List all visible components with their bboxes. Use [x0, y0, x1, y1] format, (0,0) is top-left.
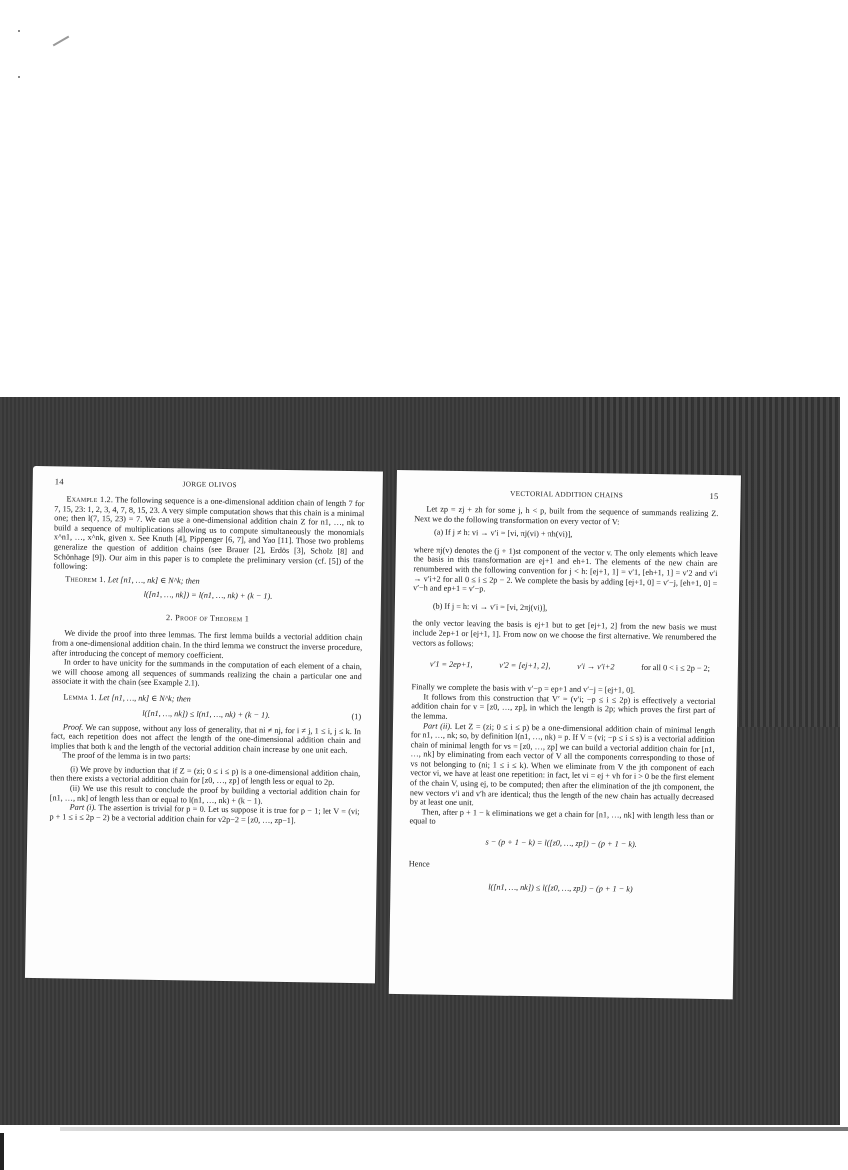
renumber-c: v′i → v′i+2: [577, 662, 614, 672]
theorem-text: Let [n1, …, nk] ∈ N^k; then: [108, 575, 200, 585]
renumber-d: for all 0 < i ≤ 2p − 2;: [641, 663, 710, 673]
lemma-text: Let [n1, …, nk] ∈ N^k; then: [99, 693, 191, 703]
lemma-formula-text: l([n1, …, nk]) ≤ l(n1, …, nk) + (k − 1).: [142, 708, 270, 719]
part-ii-paragraph: Part (ii). Let Z = (zi; 0 ≤ i ≤ p) be a …: [410, 721, 715, 812]
part-ii-label: Part (ii).: [423, 721, 452, 730]
right-running-head: 00 VECTORIAL ADDITION CHAINS 15: [415, 486, 719, 501]
renumber-a: v′1 = 2ep+1,: [430, 660, 473, 670]
theorem-statement: Theorem 1. Let [n1, …, nk] ∈ N^k; then: [53, 574, 363, 588]
renumber-b: v′2 = [ej+1, 2],: [499, 661, 550, 671]
scan-speck: [18, 76, 20, 78]
part-ii-text: Let Z = (zi; 0 ≤ i ≤ p) be a one-dimensi…: [410, 721, 715, 807]
case-a: (a) If j ≠ h: vi → v′i = [vi, πj(vi) + π…: [414, 527, 718, 541]
lemma-label: Lemma 1.: [63, 692, 97, 702]
page-number: 14: [55, 476, 64, 486]
example-paragraph: Example 1.2. The following sequence is a…: [53, 494, 364, 576]
theorem-formula: l([n1, …, nk]) = l(n1, …, nk) + (k − 1).: [53, 589, 363, 603]
proof-label: Proof.: [63, 722, 84, 731]
left-running-head: 14 JORGE OLIVOS 00: [55, 476, 365, 491]
case-b: (b) If j = h: vi → v′i = [vi, 2πj(vi)],: [413, 601, 717, 615]
part-i-text: The assertion is trivial for p = 0. Let …: [49, 803, 359, 825]
equation-number: (1): [351, 712, 361, 721]
running-head-title: VECTORIAL ADDITION CHAINS: [424, 488, 710, 500]
formula-2: l([n1, …, nk]) ≤ l([z0, …, zp]) − (p + 1…: [408, 881, 712, 895]
section-title: 2. Proof of Theorem 1: [53, 612, 363, 626]
proof-text: We can suppose, without any loss of gene…: [51, 722, 361, 754]
example-text: The following sequence is a one-dimensio…: [53, 495, 364, 571]
case-b-paragraph: the only vector leaving the basis is ej+…: [412, 619, 716, 653]
formula-1: s − (p + 1 − k) = l([z0, …, zp]) − (p + …: [409, 836, 713, 850]
part-i-paragraph: Part (i). The assertion is trivial for p…: [49, 803, 359, 827]
right-page: 00 VECTORIAL ADDITION CHAINS 15 Let zp =…: [389, 470, 741, 999]
running-head-author: JORGE OLIVOS: [64, 478, 356, 491]
intro-paragraph: Let zp = zj + zh for some j, h < p, buil…: [414, 504, 718, 528]
lemma-formula: l([n1, …, nk]) ≤ l(n1, …, nk) + (k − 1).…: [51, 707, 361, 721]
page-number: 15: [709, 491, 718, 501]
body-paragraph: In order to have unicity for the summand…: [52, 657, 362, 691]
stray-pen-mark: [53, 36, 70, 47]
hence-text: Hence: [409, 859, 713, 873]
then-paragraph: Then, after p + 1 − k eliminations we ge…: [409, 807, 713, 831]
part-i-label: Part (i).: [70, 803, 97, 812]
page-edge-shadow: [60, 1127, 848, 1131]
where-paragraph: where πj(v) denotes the (j + 1)st compon…: [413, 545, 718, 598]
bottom-margin: [0, 1133, 848, 1170]
example-label: Example 1.2.: [66, 495, 113, 505]
renumber-formula: v′1 = 2ep+1, v′2 = [ej+1, 2], v′i → v′i+…: [430, 660, 710, 673]
scan-speck: [18, 30, 20, 32]
left-page: 14 JORGE OLIVOS 00 Example 1.2. The foll…: [25, 466, 383, 983]
theorem-label: Theorem 1.: [65, 574, 106, 584]
